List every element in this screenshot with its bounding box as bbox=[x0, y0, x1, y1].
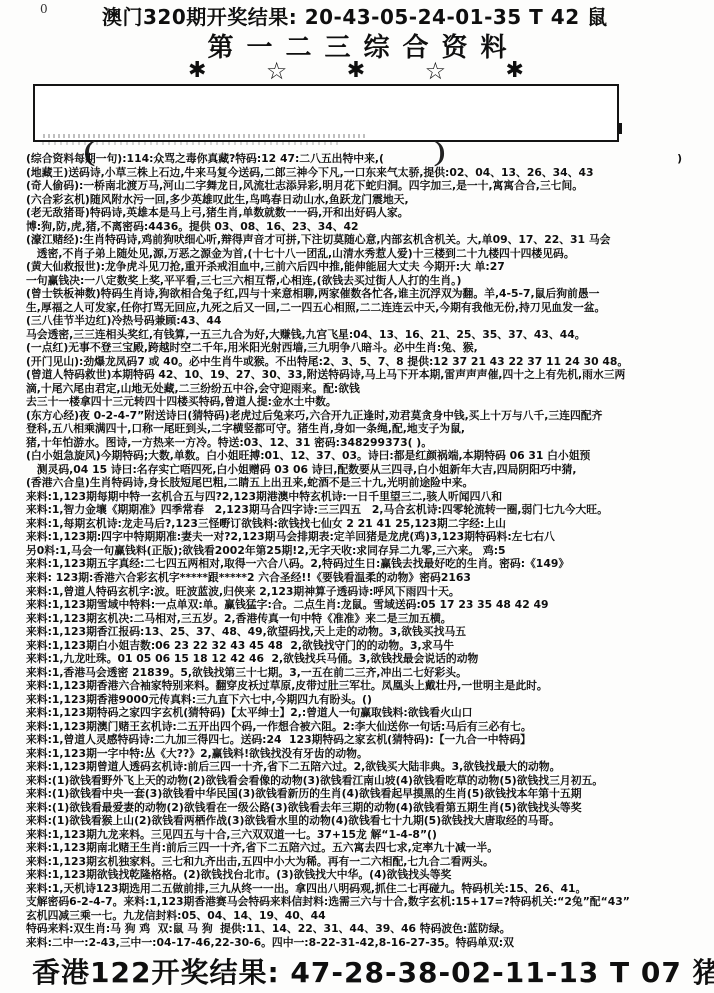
text-line: (六合彩玄机)随风附水污一回,多少英雄叹此生,鸟鸣春日动山水,鱼跃龙门震地天, bbox=[26, 193, 698, 207]
text-line: 来料:1,123期香港六合袖家特别来料。翻穿皮袄过草原,皮带过肚三军壮。凤凰头上… bbox=[26, 679, 698, 693]
text-line: 来料:1,123期玄机决:二马相对,三五岁。2,香港传真一句中特《准准》来二是三… bbox=[26, 612, 698, 626]
text-line: (曾道人特码救世)本期特码 42、10、19、27、30、33,附送特码诗,马上… bbox=[26, 368, 698, 382]
text-line: (白小姐急旋风)今期特码;大数,单数。白小姐旺搏:01、12、37、03。诗曰:… bbox=[26, 449, 698, 463]
star-icon: ✱ bbox=[188, 59, 206, 83]
text-line: (黄大仙救报世):龙争虎斗见刀抢,重开杀戒泪血中,三前六后四中推,能伸能屈大丈夫… bbox=[26, 260, 698, 274]
text-line: 滴,十尾六尾由君定,山地无处藏,二三纷纷五中谷,会守迎雨来。配:欲钱 bbox=[26, 382, 698, 396]
text-line: 来料:1,曾道人灵感特码诗:二九加三得四七。送码:24 123期特码之家玄机(猜… bbox=[26, 733, 698, 747]
text-line: 玄机四减三乘一七。九龙信封料:05、04、14、19、40、44 bbox=[26, 909, 698, 923]
star-icon: ✱ bbox=[347, 59, 365, 83]
text-line: 来料:1,每期玄机诗:龙走马后?,123三怪嘢订欲钱料:欲钱找七仙女 2 21 … bbox=[26, 517, 698, 531]
star-icon: ☆ bbox=[266, 59, 288, 83]
text-line: 来料:1,智力金壤《期期准》四季常春 2,123期马合四字诗:三三四五 2,马合… bbox=[26, 503, 698, 517]
text-line: 来料:1,天机诗123期选用二五做前排,三九从终一一出。拿四出八明码观,抓住二七… bbox=[26, 882, 698, 896]
text-line: 特码来料:双生肖:马 狗 鸡 双:鼠 马 狗 提供:11、14、22、31、44… bbox=[26, 922, 698, 936]
text-line: 生,厚福之人可发家,任你打骂无回应,九死之后又一回,二一四五心相照,二二连连云中… bbox=[26, 301, 698, 315]
text-line: (三八佳节半边红)冷热号码兼顾:43、44 bbox=[26, 314, 698, 328]
text-line: 来料:(1)欲钱看中央一套(3)欲钱看中华民国(3)欲钱看新历的生肖(4)欲钱看… bbox=[26, 787, 698, 801]
macau-draw-result-headline: 澳门320期开奖结果: 20-43-05-24-01-35 T 42 鼠 bbox=[102, 1, 608, 30]
hongkong-draw-result-footer: 香港122开奖结果: 47-28-38-02-11-13 T 07 猪. bbox=[32, 951, 714, 991]
text-line: 去三十一楼拿四十三元转四十四楼买特码,曾道人提:金水土中数。 bbox=[26, 395, 698, 409]
text-line: 测灵码,04 15 诗曰:名存实亡唔四死,白小姐赠码 03 06 诗曰,配数要从… bbox=[26, 463, 698, 477]
text-line: (奇人偷码):一桥南北渡万马,河山二字舞龙日,风流壮志添异彩,明月花下蛇归洞。四… bbox=[26, 179, 698, 193]
text-line: 来料:二中一:2-43,三中一:04-17-46,22-30-6。四中一:8-2… bbox=[26, 936, 698, 950]
text-line: (濠江赌经):生肖特码诗,鸡前狗吠细心听,辩得声音才可拼,下注切莫随心意,内部玄… bbox=[26, 233, 698, 247]
text-line: 来料:(1)欲钱看野外飞上天的动物(2)欲钱看会看像的动物(3)欲钱看江南山坡(… bbox=[26, 774, 698, 788]
text-line: 来料:1,123期每期中特一玄机合五与四?2,123期港澳中特玄机诗:一日千里望… bbox=[26, 490, 698, 504]
text-line: (东方心经)夜 0-2-4-7”附送诗曰(猜特码)老虎过后兔来巧,六合开九正逢时… bbox=[26, 409, 698, 423]
corner-page-mark: 0 bbox=[40, 2, 48, 16]
text-line: 透密,不肖子弟上随处见,源,万恶之源金为首,(十七十八一团乱,山清水秀惹人爱)十… bbox=[26, 247, 698, 261]
text-line: 来料:1,123期欲钱找乾隆格格。(2)欲钱找台北市。(3)欲钱找大中华。(4)… bbox=[26, 868, 698, 882]
text-line: 来料:1,123期五字真经:二七四五两相对,取得一六合八码。2,特码过生日:赢钱… bbox=[26, 557, 698, 571]
body-text-lines: (综合资料每期一句):114:众骂之毒你真藏?特码:12 47:二八五出特中来,… bbox=[26, 152, 698, 949]
text-line: (开门见山):劲爆龙凤码7 或 40。必中生肖牛或猴。不出特尾:2、3、5、7、… bbox=[26, 355, 698, 369]
star-icon: ✱ bbox=[506, 59, 524, 83]
text-line: 博:狗,防,虎,猪,不离密码:4436。提供 03、08、16、23、34、42 bbox=[26, 220, 698, 234]
text-line: 支解密码6-2-4-7。来料:1,123期香港赛马会特码来料信封料:选需三六与十… bbox=[26, 895, 698, 909]
text-line: 来料:1,123期雪域中特料:一点单双:单。赢钱猛字:合。二点生肖:龙鼠。雪域送… bbox=[26, 598, 698, 612]
text-line: 来料:1,123期香江报码:13、25、37、48、49,欲望码找,天上走的动物… bbox=[26, 625, 698, 639]
text-line: (老无敌猪哥)特码诗,英雄本是马上弓,猪生肖,单数就数一一码,开和出好码人家。 bbox=[26, 206, 698, 220]
box-edge-tick bbox=[619, 123, 622, 134]
text-line: 一句赢钱决:一八定数奖上奖,平平看,三七三六相互帮,心相连,(欲钱去买过街人人打… bbox=[26, 274, 698, 288]
star-icon: ☆ bbox=[425, 59, 447, 83]
text-line: 来料:1,香港马会透密 21839。5,欲钱找第三十七期。3,一五在前二三齐,冲… bbox=[26, 666, 698, 680]
text-line: 来料:1,123期特码之家四字玄机(猜特码)【太平绅士】2,:曾道人一句赢取钱料… bbox=[26, 706, 698, 720]
text-line: 马会透密,三三连相头奖红,有钱算,一五三九合为好,大赚钱,九宫飞星:04、13、… bbox=[26, 328, 698, 342]
text-line: 来料:1,曾道人特码玄机字:波。旺波蓝波,归侠来 2,123期神算子透码诗:呼风… bbox=[26, 585, 698, 599]
lottery-info-sheet: 0 澳门320期开奖结果: 20-43-05-24-01-35 T 42 鼠 第… bbox=[0, 0, 714, 993]
text-line: (曾士铁板神数)特码生肖诗,狗欲相合兔子红,四与十来意相聊,两家催数各忙各,谁主… bbox=[26, 287, 698, 301]
text-line: 来料:(1)欲钱看猴上山(2)欲钱看两栖作战(3)欲钱看水里的动物(4)欲钱看七… bbox=[26, 814, 698, 828]
text-line: 登科,五八相乘满四十,口称一尾旺到头,二字横竖都可守。猪生肖,身如一条绳,配,地… bbox=[26, 422, 698, 436]
text-line: 来料:1,123期南北赌王生肖:前后三四一十齐,省下二五陪六过。五六寓去四七求,… bbox=[26, 841, 698, 855]
text-line: (地藏王)送码诗,小草三株上石边,牛来马复今送码,二郎三神今下凡,一口东来气太骄… bbox=[26, 166, 698, 180]
text-line: 来料:1,123期澳门赌王玄机诗:二五开出四个码,一作想合被六阻。2:李大仙送你… bbox=[26, 720, 698, 734]
text-line: 来料: 123期:香港六合彩玄机字*****跟*****2 六合圣经!!《要钱看… bbox=[26, 571, 698, 585]
text-line: 来料:1,123期九龙来料。三见四五与十合,三六双双道一七。37+15龙 解“1… bbox=[26, 828, 698, 842]
text-line: 来料:1,123期一字中特:丛《大??》2,赢钱料!欲钱找没有牙齿的动物。 bbox=[26, 747, 698, 761]
text-line: 来料:1,123期白小姐吉数:06 23 22 32 43 45 48 2,欲钱… bbox=[26, 639, 698, 653]
blank-stamp-box bbox=[33, 84, 619, 142]
text-line: 来料:1,123期香港9000元传真料:三九直下六七中,今期四九有盼头。() bbox=[26, 693, 698, 707]
text-line: 来料:1,123期:四字中特期期准:妻夫一对?2,123期马会排期表:定羊回猪是… bbox=[26, 530, 698, 544]
text-line: 猪,十年怕游水。图诗,一方热来一方冷。特送:03、12、31 密码:348299… bbox=[26, 436, 698, 450]
text-line: 来料:1,123期曾道人透码玄机诗:前后三四一十齐,省下二五陪六过。2,欲钱买大… bbox=[26, 760, 698, 774]
star-symbols-row: ✱☆✱☆✱ bbox=[188, 59, 524, 83]
text-line: 来料:(1)欲钱看最爱妻的动物(2)欲钱看在一级公路(3)欲钱看去年三期的动物(… bbox=[26, 801, 698, 815]
text-line: 来料:1,123期玄机独家料。三七和九齐出击,五四中小大为稀。再有一二六相配,七… bbox=[26, 855, 698, 869]
text-line: (综合资料每期一句):114:众骂之毒你真藏?特码:12 47:二八五出特中来,… bbox=[26, 152, 698, 166]
text-line: 另0料:1,马会一句赢钱料(正版);欲钱看2002年第25期!2,无字天收:求同… bbox=[26, 544, 698, 558]
text-line: (香港六合皇)生肖特码诗,身长肢短尾巴粗,二睛五上出丑来,蛇酒不是三十九,光明前… bbox=[26, 476, 698, 490]
text-line: 来料:1,九龙吐珠。01 05 06 15 18 12 42 46 2,欲钱找兵… bbox=[26, 652, 698, 666]
text-line: (一点红)无事不登三宝殿,跨越时空二千年,用米阳光射西墙,三九明争八暗斗。必中生… bbox=[26, 341, 698, 355]
